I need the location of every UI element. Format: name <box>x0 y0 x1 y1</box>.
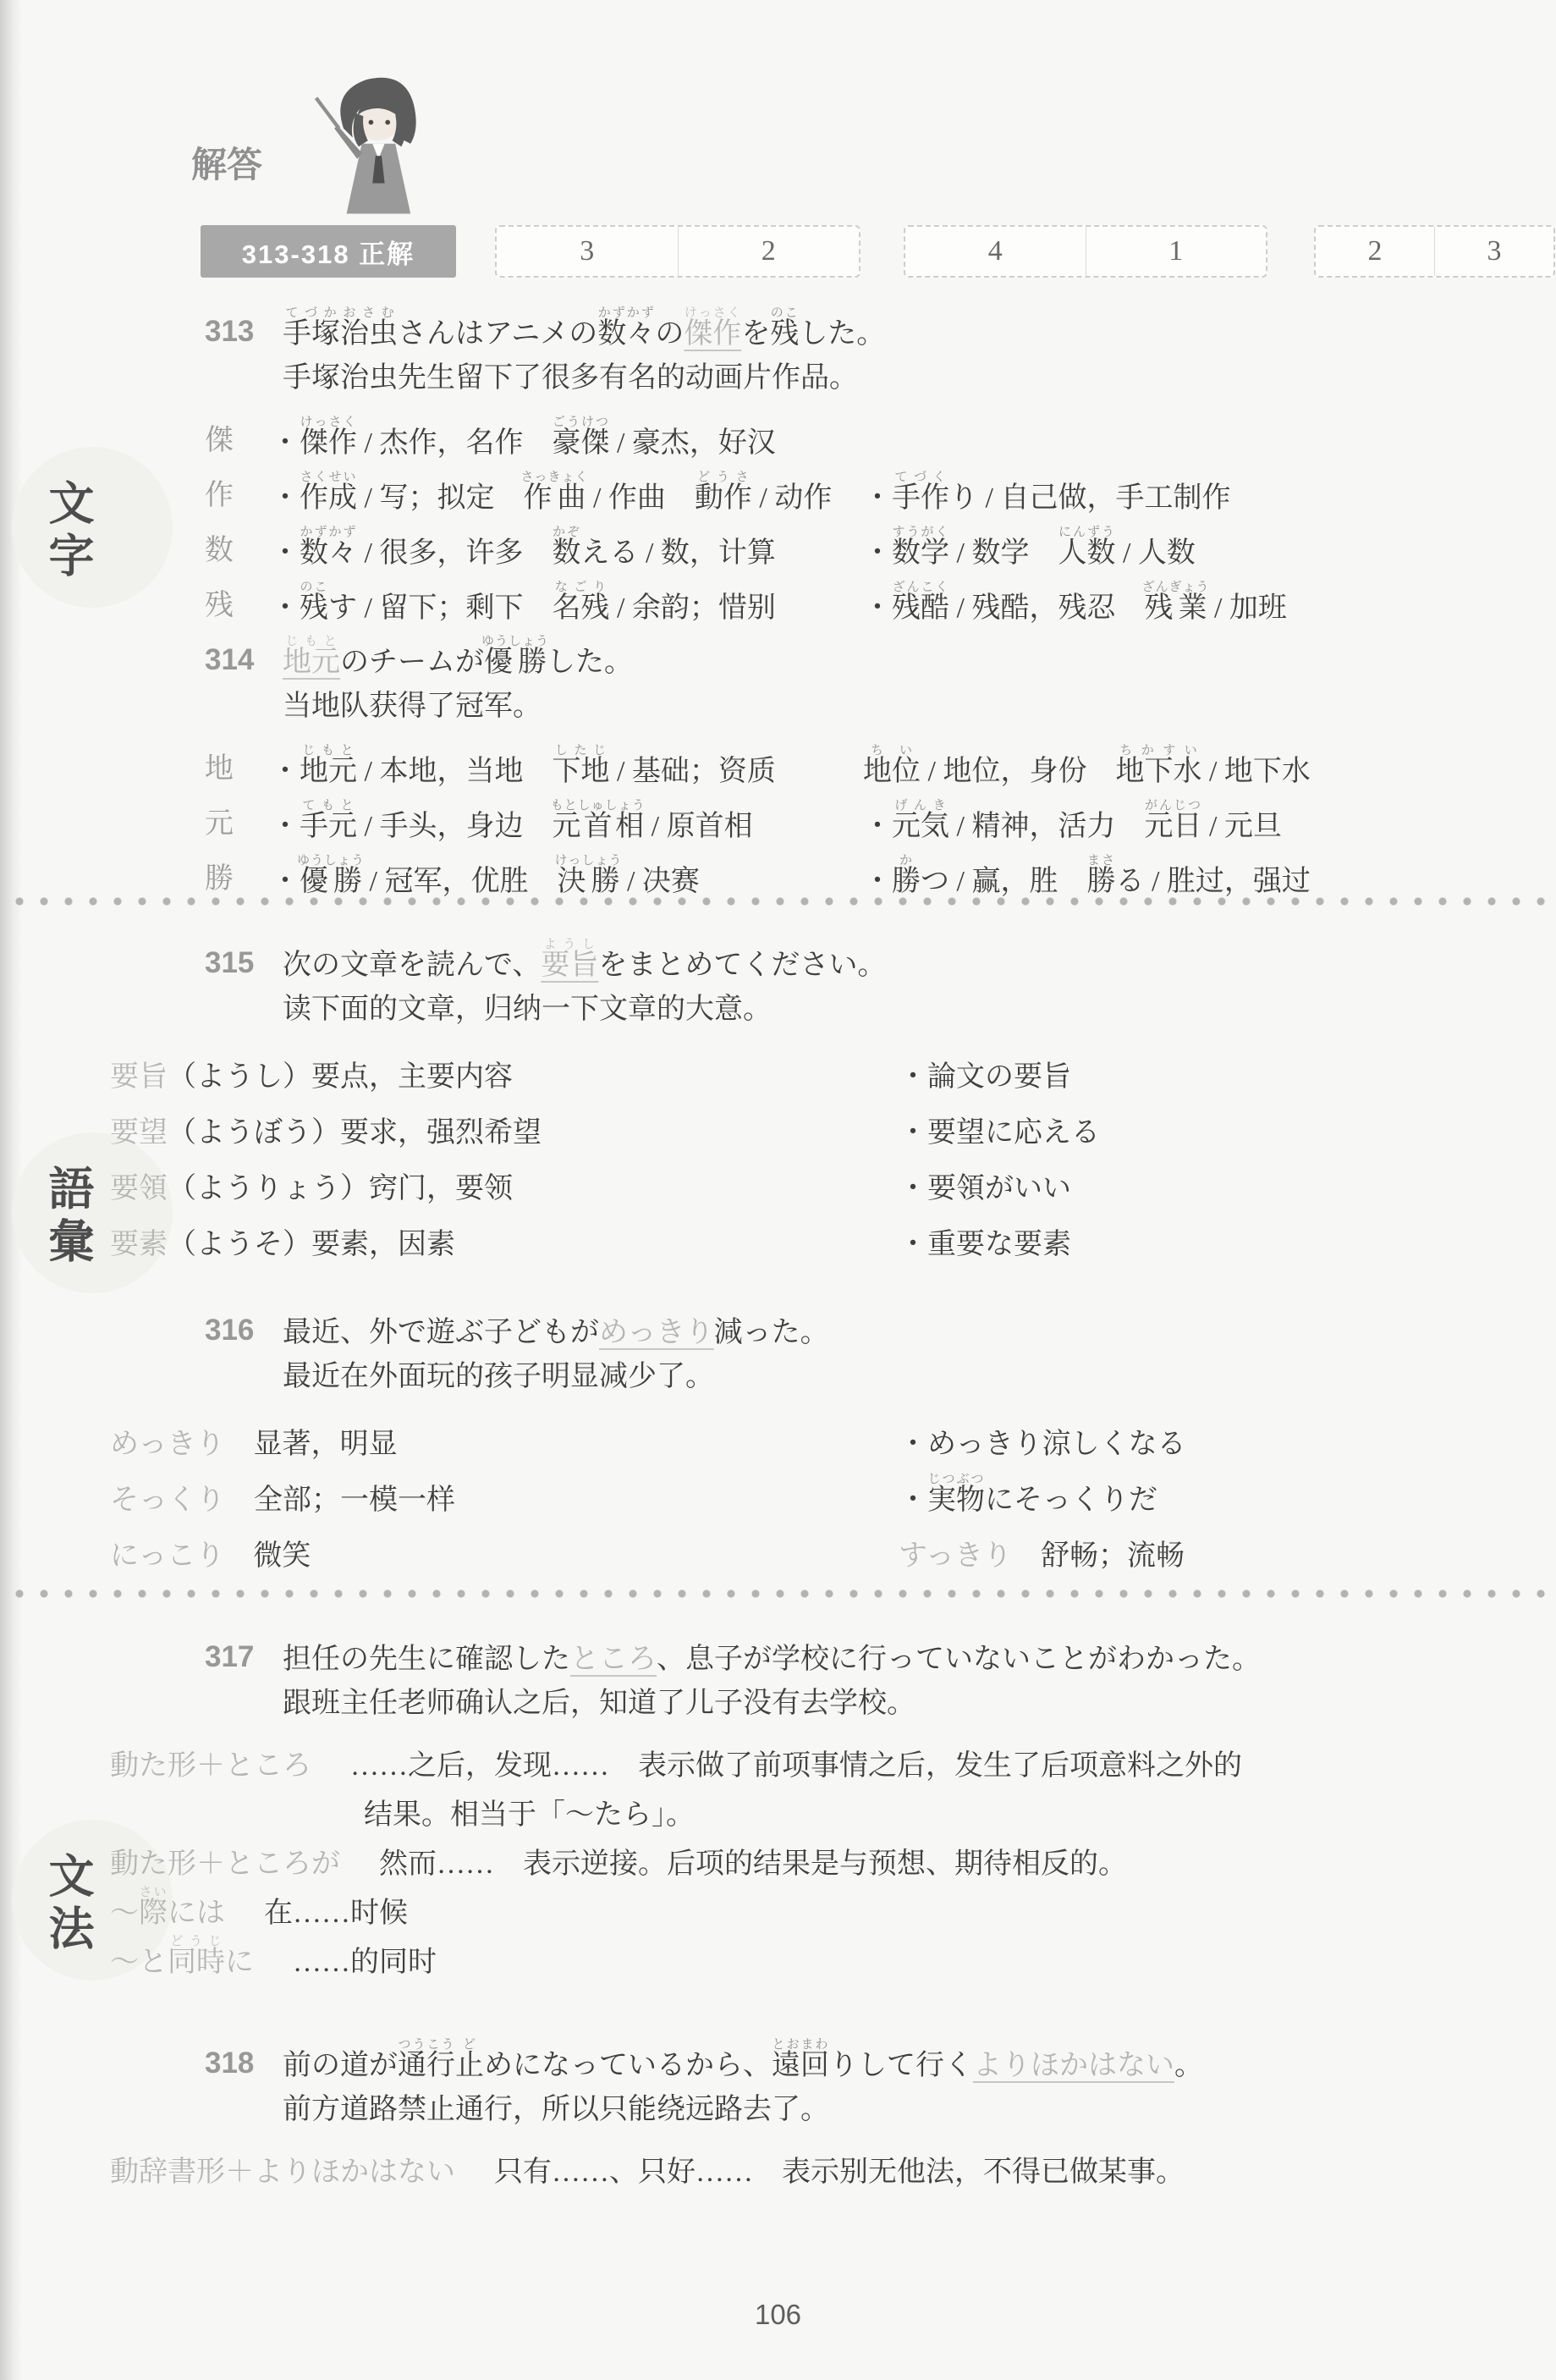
text-segment: ・要領がいい <box>899 1173 1071 1204</box>
usage-example: ・要望に応える <box>899 1119 1553 1148</box>
sentence-row: 313 手塚治虫てづかおさむさんはアニメの数々かずかずの傑作けっさくを残のこした… <box>205 295 1553 349</box>
text-segment: 名残なごり <box>552 592 609 624</box>
grammar-pattern: 動辞書形＋よりほかはない <box>110 2158 455 2187</box>
text-segment: 要領 <box>110 1173 168 1204</box>
text-segment: 在……时候 <box>264 1898 408 1929</box>
text-segment: 残酷ざんこく <box>892 592 949 624</box>
text-segment: 残のこ <box>300 592 328 624</box>
text-segment: ……的同时 <box>293 1947 437 1978</box>
word-definition: にっこり 微笑 <box>110 1542 899 1571</box>
text-segment: ・めっきり涼しくなる <box>899 1429 1186 1460</box>
text-segment: 作成さくせい <box>300 482 357 514</box>
text-segment: ・論文の要旨 <box>899 1061 1071 1093</box>
text-segment: ・ <box>271 537 300 569</box>
text-segment: に <box>225 1947 254 1978</box>
text-segment: 残のこ <box>770 318 799 350</box>
text-segment: 際さい <box>139 1898 168 1929</box>
text-segment: （ようし）要点，主要内容 <box>168 1061 513 1093</box>
grammar-rule-rows: 動辞書形＋よりほかはない 只有……、只好…… 表示别无他法，不得已做某事。 <box>110 2138 1553 2187</box>
text-segment: そっくり <box>110 1485 225 1516</box>
answer-cell: 2 <box>1316 227 1434 276</box>
sentence-row: 318 前の道が通行つうこう止どめになっているから、遠回とおまわりして行くよりほ… <box>205 2026 1553 2080</box>
text-segment: 结果。相当于「～たら」。 <box>364 1799 695 1831</box>
vocab-row: 数 ・数々かずかず / 很多，许多 数かぞえる / 数，计算 ・数学すうがく /… <box>205 513 1553 568</box>
japanese-sentence: 次の文章を読んで、要旨ようしをまとめてください。 <box>283 938 886 980</box>
text-segment: / 豪杰，好汉 <box>609 427 775 459</box>
text-segment: 勝まさ <box>1086 866 1115 897</box>
usage-example: ・重要な要素 <box>899 1231 1553 1259</box>
text-segment: ・ <box>899 1485 927 1516</box>
text-segment: 傑作けっさく <box>300 427 357 459</box>
item-number: 315 <box>205 946 283 980</box>
usage-example: ・論文の要旨 <box>899 1063 1553 1092</box>
vocab-right: ・数学すうがく / 数学 人数にんずう / 人数 <box>863 526 1553 568</box>
text-segment: ～ <box>110 1898 139 1929</box>
item-number: 317 <box>205 1640 283 1674</box>
text-segment: 要望 <box>110 1117 168 1149</box>
grammar-explanation-continued: 结果。相当于「～たら」。 <box>364 1781 1553 1830</box>
text-segment: 動た形＋ところが <box>110 1848 340 1880</box>
vocab-left: ・手元てもと / 手头，身边 元首相もとしゅしょう / 原首相 <box>271 799 863 841</box>
text-segment: / 精神，活力 <box>949 811 1144 842</box>
vocab-row: 作 ・作成さくせい / 写；拟定 作曲さっきょく / 作曲 動作どうさ / 动作… <box>205 458 1553 513</box>
text-segment: にそっくりだ <box>985 1485 1157 1516</box>
chinese-translation: 读下面的文章，归纳一下文章的大意。 <box>283 995 1553 1024</box>
vocab-head-kanji: 数 <box>205 526 271 568</box>
text-segment: 手元てもと <box>300 811 357 842</box>
grammar-explanation: 结果。相当于「～たら」。 <box>364 1801 695 1830</box>
text-segment: 作曲さっきょく <box>523 482 586 514</box>
text-segment: 地元じもと <box>283 647 340 678</box>
vocab-head-kanji: 勝 <box>205 855 271 896</box>
definition-row: めっきり 显著，明显 ・めっきり涼しくなる <box>110 1403 1553 1459</box>
text-segment: 動た形＋ところ <box>110 1750 311 1782</box>
text-segment: 前の道が <box>283 2050 398 2081</box>
item-number: 316 <box>205 1314 283 1347</box>
definition-row: 要望（ようぼう）要求，强烈希望 ・要望に応える <box>110 1092 1553 1148</box>
text-segment: した。 <box>547 647 633 678</box>
text-segment: ・ <box>271 592 300 624</box>
item-316: 316 最近、外で遊ぶ子どもがめっきり減った。 最近在外面玩的孩子明显减少了。 … <box>110 1293 1553 1571</box>
text-segment: 数々かずかず <box>300 537 357 569</box>
item-315: 315 次の文章を読んで、要旨ようしをまとめてください。 读下面的文章，归纳一下… <box>110 926 1553 1259</box>
usage-example: ・要領がいい <box>899 1175 1553 1204</box>
usage-example: ・めっきり涼しくなる <box>899 1430 1553 1459</box>
usage-example: ・実物じつぶつにそっくりだ <box>899 1473 1553 1515</box>
text-segment: 動辞書形＋よりほかはない <box>110 2157 455 2188</box>
usage-example: すっきり 舒畅；流畅 <box>899 1542 1553 1571</box>
text-segment: めになっているから、 <box>484 2050 772 2081</box>
text-segment: / 地位，身份 <box>921 756 1115 787</box>
text-segment: / 残酷，残忍 <box>949 592 1144 624</box>
item-314: 314 地元じもとのチームが優勝ゆうしょうした。 当地队获得了冠军。 地 ・地元… <box>110 623 1553 896</box>
text-segment: 勝か <box>892 866 921 897</box>
text-segment: 地下水ちかすい <box>1115 756 1201 787</box>
answer-cell: 4 <box>905 227 1086 276</box>
text-segment: / 人数 <box>1115 537 1195 569</box>
text-segment: 全部；一模一样 <box>225 1485 455 1516</box>
text-segment: めっきり <box>110 1429 225 1460</box>
text-segment: の <box>655 318 684 350</box>
text-segment: ・ <box>271 756 300 787</box>
text-segment: ・ <box>271 427 300 459</box>
text-segment: / 写；拟定 <box>357 482 523 514</box>
text-segment: / 手头，身边 <box>357 811 552 842</box>
japanese-sentence: 手塚治虫てづかおさむさんはアニメの数々かずかずの傑作けっさくを残のこした。 <box>283 306 885 349</box>
text-segment: 、息子が学校に行っていないことがわかった。 <box>657 1644 1261 1675</box>
vocab-head-kanji: 元 <box>205 800 271 841</box>
vocab-right: ・手作てづくり / 自己做，手工制作 <box>863 471 1553 513</box>
text-segment: 然而…… 表示逆接。后项的结果是与预想、期待相反的。 <box>379 1848 1127 1880</box>
japanese-sentence: 前の道が通行つうこう止どめになっているから、遠回とおまわりして行くよりほかはない… <box>283 2038 1203 2080</box>
text-segment: / 动作 <box>752 482 832 514</box>
vocab-left: ・作成さくせい / 写；拟定 作曲さっきょく / 作曲 動作どうさ / 动作 <box>271 471 863 513</box>
text-segment: 次の文章を読んで、 <box>283 950 541 981</box>
text-segment: 遠回とおまわ <box>772 2050 829 2081</box>
mascot-girl-illustration <box>298 61 450 222</box>
text-segment: / 数学 <box>949 537 1058 569</box>
vocab-row: 元 ・手元てもと / 手头，身边 元首相もとしゅしょう / 原首相 ・元気げんき… <box>205 786 1553 841</box>
chinese-translation: 最近在外面玩的孩子明显减少了。 <box>283 1363 1553 1391</box>
definition-row: そっくり 全部；一模一样 ・実物じつぶつにそっくりだ <box>110 1459 1553 1515</box>
grammar-pattern: ～と同時どうじに <box>110 1935 254 1977</box>
text-segment: / 决赛 <box>619 866 699 897</box>
text-segment: 優勝ゆうしょう <box>300 866 362 897</box>
japanese-sentence: 地元じもとのチームが優勝ゆうしょうした。 <box>283 635 633 677</box>
text-segment: 人数にんずう <box>1058 537 1115 569</box>
text-segment: 微笑 <box>224 1540 311 1572</box>
text-segment: 数々かずかず <box>597 318 655 350</box>
grammar-rule-row: 動た形＋ところが 然而…… 表示逆接。后项的结果是与预想、期待相反的。 <box>110 1830 1553 1879</box>
vocab-head-kanji: 傑 <box>205 416 271 458</box>
text-segment: 要旨ようし <box>541 950 598 981</box>
text-segment: / 基础；资质 <box>609 756 775 787</box>
grammar-explanation: ……之后，发现…… 表示做了前项事情之后，发生了后项意料之外的 <box>350 1752 1242 1781</box>
word-definition: 要領（ようりょう）窍门，要领 <box>110 1175 899 1204</box>
text-segment: ・ <box>271 482 300 514</box>
grammar-rule-row: ～際さいには 在……时候 <box>110 1879 1553 1928</box>
vocab-row: 勝 ・優勝ゆうしょう / 冠军，优胜 決勝けっしょう / 决赛 ・勝かつ / 赢… <box>205 841 1553 896</box>
sidebar-tab-label: 語彙 <box>36 1165 101 1270</box>
text-segment: 豪傑ごうけつ <box>552 427 609 459</box>
vocab-left: ・残のこす / 留下；剩下 名残なごり / 余韵；惜别 <box>271 581 863 623</box>
answer-box-group-2: 4 1 <box>904 225 1267 278</box>
text-segment: 同時どうじ <box>168 1947 225 1978</box>
text-segment: よりほかはない <box>973 2050 1174 2081</box>
vocab-head-kanji: 作 <box>205 471 271 513</box>
text-segment: すっきり <box>899 1540 1012 1572</box>
word-definition: めっきり 显著，明显 <box>110 1430 899 1459</box>
sidebar-tab-label: 文字 <box>36 479 101 584</box>
item-number: 314 <box>205 643 283 677</box>
answer-box-group-3: 2 3 <box>1314 225 1555 278</box>
text-segment: 舒畅；流畅 <box>1012 1540 1185 1572</box>
answer-cell: 3 <box>1434 227 1553 276</box>
word-definition: 要旨（ようし）要点，主要内容 <box>110 1063 899 1092</box>
text-segment: / 原首相 <box>644 811 752 842</box>
grammar-rule-row: 動た形＋ところ ……之后，发现…… 表示做了前项事情之后，发生了后项意料之外的 <box>110 1732 1553 1781</box>
text-segment: / 很多，许多 <box>357 537 552 569</box>
text-segment: つ / 赢，胜 <box>921 866 1086 897</box>
text-segment: 実物じつぶつ <box>927 1485 985 1516</box>
vocab-right: 地位ちい / 地位，身份 地下水ちかすい / 地下水 <box>863 744 1553 786</box>
dotted-divider <box>14 1588 1545 1600</box>
vocab-head-kanji: 地 <box>205 745 271 786</box>
text-segment: 傑作けっさく <box>684 318 741 350</box>
text-segment: ～と <box>110 1947 168 1978</box>
text-segment: 下地したじ <box>552 756 609 787</box>
text-segment: めっきり <box>599 1317 714 1348</box>
text-segment: （ようぼう）要求，强烈希望 <box>168 1117 542 1149</box>
text-segment: 元首相もとしゅしょう <box>552 811 644 842</box>
text-segment: さんはアニメの <box>398 318 597 350</box>
chinese-translation: 跟班主任老师确认之后，知道了儿子没有去学校。 <box>283 1689 1553 1718</box>
item-317: 317 担任の先生に確認したところ、息子が学校に行っていないことがわかった。 跟… <box>110 1620 1553 1977</box>
text-segment: ・ <box>271 866 300 897</box>
textbook-page: 文字 語彙 文法 解答 313-318 正解 3 2 4 1 2 3 <box>0 0 1556 2380</box>
grammar-explanation: 在……时候 <box>264 1899 408 1928</box>
answer-cell: 2 <box>678 227 860 276</box>
page-number: 106 <box>0 2299 1556 2331</box>
japanese-sentence: 担任の先生に確認したところ、息子が学校に行っていないことがわかった。 <box>283 1645 1261 1674</box>
text-segment: 地元じもと <box>300 756 357 787</box>
definition-row: 要素（ようそ）要素，因素 ・重要な要素 <box>110 1204 1553 1259</box>
text-segment: / 地下水 <box>1201 756 1310 787</box>
sentence-row: 315 次の文章を読んで、要旨ようしをまとめてください。 <box>205 926 1553 980</box>
item-318: 318 前の道が通行つうこう止どめになっているから、遠回とおまわりして行くよりほ… <box>110 2026 1553 2187</box>
grammar-pattern: 動た形＋ところ <box>110 1752 311 1781</box>
vocab-right: ・残酷ざんこく / 残酷，残忍 残業ざんぎょう / 加班 <box>863 581 1553 623</box>
text-segment: 残業ざんぎょう <box>1144 592 1207 624</box>
text-segment: （ようそ）要素，因素 <box>168 1229 455 1260</box>
chinese-translation: 当地队获得了冠军。 <box>283 692 1553 721</box>
vocab-row: 地 ・地元じもと / 本地，当地 下地したじ / 基础；资质 地位ちい / 地位… <box>205 731 1553 786</box>
text-segment: ……之后，发现…… 表示做了前项事情之后，发生了后项意料之外的 <box>350 1750 1242 1782</box>
text-segment: 決勝けっしょう <box>557 866 619 897</box>
word-definition-rows: 要旨（ようし）要点，主要内容 ・論文の要旨 要望（ようぼう）要求，强烈希望 ・要… <box>110 1036 1553 1259</box>
text-segment: 手塚治虫てづかおさむ <box>283 318 398 350</box>
vocab-left: ・数々かずかず / 很多，许多 数かぞえる / 数，计算 <box>271 526 863 568</box>
sidebar-tab-label: 文法 <box>36 1852 101 1957</box>
text-segment: ・ <box>863 482 892 514</box>
word-definition: 要素（ようそ）要素，因素 <box>110 1231 899 1259</box>
text-segment: 元気げんき <box>892 811 949 842</box>
text-segment: / 元旦 <box>1201 811 1281 842</box>
grammar-explanation: 只有……、只好…… 表示别无他法，不得已做某事。 <box>494 2158 1185 2187</box>
answer-box-group-1: 3 2 <box>495 225 860 278</box>
text-segment: / 加班 <box>1207 592 1286 624</box>
text-segment: 数学すうがく <box>892 537 949 569</box>
vocab-row: 傑 ・傑作けっさく / 杰作，名作 豪傑ごうけつ / 豪杰，好汉 <box>205 403 1553 458</box>
definition-row: にっこり 微笑 すっきり 舒畅；流畅 <box>110 1515 1553 1571</box>
definition-row: 要旨（ようし）要点，主要内容 ・論文の要旨 <box>110 1036 1553 1092</box>
vocab-right: ・元気げんき / 精神，活力 元日がんじつ / 元旦 <box>863 799 1553 841</box>
text-segment: 優勝ゆうしょう <box>484 647 547 678</box>
word-definition: そっくり 全部；一模一样 <box>110 1486 899 1515</box>
vocab-left: ・優勝ゆうしょう / 冠军，优胜 決勝けっしょう / 决赛 <box>271 854 863 896</box>
text-segment: を <box>741 318 770 350</box>
answer-cell: 1 <box>1086 227 1267 276</box>
text-segment: ・ <box>863 866 892 897</box>
item-number: 318 <box>205 2047 283 2080</box>
vocab-rows: 地 ・地元じもと / 本地，当地 下地したじ / 基础；资质 地位ちい / 地位… <box>205 731 1553 896</box>
japanese-sentence: 最近、外で遊ぶ子どもがめっきり減った。 <box>283 1319 829 1347</box>
text-segment: （ようりょう）窍门，要领 <box>168 1173 513 1204</box>
text-segment: には <box>168 1898 225 1929</box>
text-segment: 元日がんじつ <box>1144 811 1201 842</box>
grammar-explanation: 然而…… 表示逆接。后项的结果是与预想、期待相反的。 <box>379 1850 1127 1879</box>
text-segment: 要旨 <box>110 1061 168 1093</box>
text-segment: 地位ちい <box>863 756 921 787</box>
text-segment: 最近、外で遊ぶ子どもが <box>283 1317 599 1348</box>
definition-row: 要領（ようりょう）窍门，要领 ・要領がいい <box>110 1148 1553 1204</box>
grammar-pattern: ～際さいには <box>110 1886 225 1928</box>
word-definition: 要望（ようぼう）要求，强烈希望 <box>110 1119 899 1148</box>
text-segment: 通行つうこう <box>398 2050 455 2081</box>
grammar-explanation: ……的同时 <box>293 1948 437 1977</box>
text-segment: 減った。 <box>714 1317 829 1348</box>
vocab-left: ・傑作けっさく / 杰作，名作 豪傑ごうけつ / 豪杰，好汉 <box>271 416 863 458</box>
vocab-left: ・地元じもと / 本地，当地 下地したじ / 基础；资质 <box>271 744 863 786</box>
text-segment: 。 <box>1174 2050 1203 2081</box>
text-segment: える / 数，计算 <box>580 537 775 569</box>
grammar-rule-row: 動辞書形＋よりほかはない 只有……、只好…… 表示别无他法，不得已做某事。 <box>110 2138 1553 2187</box>
item-313: 313 手塚治虫てづかおさむさんはアニメの数々かずかずの傑作けっさくを残のこした… <box>110 295 1553 623</box>
text-segment: をまとめてください。 <box>598 950 886 981</box>
word-definition-rows: めっきり 显著，明显 ・めっきり涼しくなる そっくり 全部；一模一样 ・実物じつ… <box>110 1403 1553 1571</box>
text-segment: 只有……、只好…… 表示别无他法，不得已做某事。 <box>494 2157 1185 2188</box>
answer-section-title: 解答 <box>191 137 262 188</box>
text-segment: りして行く <box>829 2050 973 2081</box>
text-segment: のチームが <box>340 647 484 678</box>
answer-cell: 3 <box>497 227 678 276</box>
chinese-translation: 前方道路禁止通行，所以只能绕远路去了。 <box>283 2096 1553 2124</box>
vocab-rows: 傑 ・傑作けっさく / 杰作，名作 豪傑ごうけつ / 豪杰，好汉 作 ・作成さく… <box>205 403 1553 623</box>
vocab-row: 残 ・残のこす / 留下；剩下 名残なごり / 余韵；惜别 ・残酷ざんこく / … <box>205 568 1553 623</box>
text-segment: 要素 <box>110 1229 168 1260</box>
text-segment: り / 自己做，手工制作 <box>949 482 1230 514</box>
text-segment: ・ <box>271 811 300 842</box>
text-segment: した。 <box>799 318 885 350</box>
text-segment: にっこり <box>110 1540 224 1572</box>
grammar-rule-row: ～と同時どうじに ……的同时 <box>110 1928 1553 1977</box>
vocab-right: ・勝かつ / 赢，胜 勝まさる / 胜过，强过 <box>863 854 1553 896</box>
text-segment: ところ <box>570 1644 657 1675</box>
text-segment: ・ <box>863 592 892 624</box>
text-segment: る / 胜过，强过 <box>1115 866 1310 897</box>
text-segment: / 冠军，优胜 <box>362 866 557 897</box>
sentence-row: 317 担任の先生に確認したところ、息子が学校に行っていないことがわかった。 <box>205 1620 1553 1674</box>
text-segment: ・ <box>863 811 892 842</box>
text-segment: / 杰作，名作 <box>357 427 552 459</box>
grammar-pattern: 動た形＋ところが <box>110 1850 340 1879</box>
text-segment: ・ <box>863 537 892 569</box>
sentence-row: 316 最近、外で遊ぶ子どもがめっきり減った。 <box>205 1293 1553 1347</box>
text-segment: / 本地，当地 <box>357 756 552 787</box>
text-segment: 显著，明显 <box>225 1429 398 1460</box>
text-segment: / 作曲 <box>586 482 694 514</box>
grammar-rule-rows: 動た形＋ところ ……之后，发现…… 表示做了前项事情之后，发生了后项意料之外的 … <box>110 1732 1553 1977</box>
answer-range-badge: 313-318 正解 <box>201 225 456 278</box>
dotted-divider <box>14 895 1545 907</box>
text-segment: / 余韵；惜别 <box>609 592 775 624</box>
text-segment: 動作どうさ <box>695 482 752 514</box>
text-segment: ・要望に応える <box>899 1117 1100 1149</box>
text-segment: 手作てづく <box>892 482 949 514</box>
chinese-translation: 手塚治虫先生留下了很多有名的动画片作品。 <box>283 364 1553 393</box>
text-segment: 担任の先生に確認した <box>283 1644 570 1675</box>
sentence-row: 314 地元じもとのチームが優勝ゆうしょうした。 <box>205 623 1553 677</box>
text-segment: す / 留下；剩下 <box>328 592 552 624</box>
item-number: 313 <box>205 315 283 349</box>
vocab-head-kanji: 残 <box>205 581 271 623</box>
text-segment: 止ど <box>455 2050 484 2081</box>
text-segment: 数かぞ <box>552 537 580 569</box>
text-segment: ・重要な要素 <box>899 1229 1071 1260</box>
